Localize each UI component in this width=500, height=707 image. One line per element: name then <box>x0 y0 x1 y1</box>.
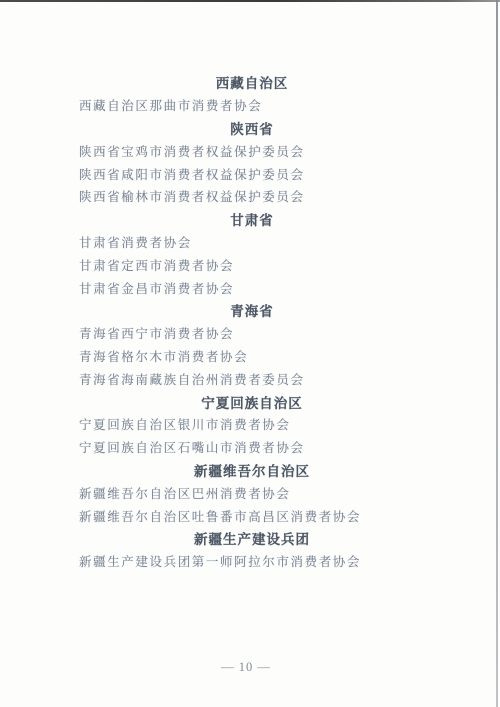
page-number: — 10 — <box>0 660 492 675</box>
association-item: 陕西省咸阳市消费者权益保护委员会 <box>79 165 305 183</box>
association-item: 陕西省宝鸡市消费者权益保护委员会 <box>79 142 305 160</box>
association-item: 青海省西宁市消费者协会 <box>79 324 234 342</box>
association-item: 宁夏回族自治区银川市消费者协会 <box>79 415 291 433</box>
region-section: 甘肃省甘肃省消费者协会甘肃省定西市消费者协会甘肃省金昌市消费者协会 <box>79 208 425 299</box>
association-list: 西藏自治区西藏自治区那曲市消费者协会陕西省陕西省宝鸡市消费者权益保护委员会陕西省… <box>79 71 425 573</box>
region-section: 西藏自治区西藏自治区那曲市消费者协会 <box>79 71 425 117</box>
region-section: 新疆生产建设兵团新疆生产建设兵团第一师阿拉尔市消费者协会 <box>79 527 425 573</box>
association-item: 青海省格尔木市消费者协会 <box>79 347 248 365</box>
association-item-row: 陕西省宝鸡市消费者权益保护委员会 <box>79 139 425 162</box>
region-heading-row: 宁夏回族自治区 <box>79 390 425 413</box>
region-section: 新疆维吾尔自治区新疆维吾尔自治区巴州消费者协会新疆维吾尔自治区吐鲁番市高昌区消费… <box>79 459 425 527</box>
region-heading-row: 新疆维吾尔自治区 <box>79 459 425 482</box>
region-heading: 新疆维吾尔自治区 <box>194 460 310 480</box>
association-item: 甘肃省消费者协会 <box>79 233 192 251</box>
region-heading: 甘肃省 <box>230 209 274 229</box>
association-item: 甘肃省定西市消费者协会 <box>79 256 234 274</box>
region-section: 青海省青海省西宁市消费者协会青海省格尔木市消费者协会青海省海南藏族自治州消费者委… <box>79 299 425 390</box>
association-item: 西藏自治区那曲市消费者协会 <box>79 96 262 114</box>
region-heading-row: 西藏自治区 <box>79 71 425 94</box>
association-item: 青海省海南藏族自治州消费者委员会 <box>79 370 305 388</box>
association-item-row: 宁夏回族自治区银川市消费者协会 <box>79 413 425 436</box>
region-section: 宁夏回族自治区宁夏回族自治区银川市消费者协会宁夏回族自治区石嘴山市消费者协会 <box>79 390 425 458</box>
region-heading: 陕西省 <box>230 118 274 138</box>
association-item-row: 西藏自治区那曲市消费者协会 <box>79 94 425 117</box>
association-item-row: 青海省格尔木市消费者协会 <box>79 345 425 368</box>
association-item-row: 新疆维吾尔自治区吐鲁番市高昌区消费者协会 <box>79 504 425 527</box>
association-item-row: 陕西省榆林市消费者权益保护委员会 <box>79 185 425 208</box>
association-item-row: 宁夏回族自治区石嘴山市消费者协会 <box>79 436 425 459</box>
association-item: 新疆生产建设兵团第一师阿拉尔市消费者协会 <box>79 552 361 570</box>
association-item-row: 甘肃省金昌市消费者协会 <box>79 276 425 299</box>
association-item: 甘肃省金昌市消费者协会 <box>79 279 234 297</box>
association-item-row: 青海省西宁市消费者协会 <box>79 322 425 345</box>
region-heading-row: 甘肃省 <box>79 208 425 231</box>
region-heading: 宁夏回族自治区 <box>201 392 303 412</box>
region-heading: 西藏自治区 <box>216 72 289 92</box>
scan-right-edge <box>496 0 498 707</box>
association-item-row: 新疆生产建设兵团第一师阿拉尔市消费者协会 <box>79 550 425 573</box>
association-item: 新疆维吾尔自治区吐鲁番市高昌区消费者协会 <box>79 507 361 525</box>
scan-top-edge <box>0 0 500 2</box>
association-item-row: 甘肃省消费者协会 <box>79 231 425 254</box>
document-page: 西藏自治区西藏自治区那曲市消费者协会陕西省陕西省宝鸡市消费者权益保护委员会陕西省… <box>0 0 500 707</box>
association-item: 新疆维吾尔自治区巴州消费者协会 <box>79 484 291 502</box>
region-heading: 新疆生产建设兵团 <box>194 528 310 548</box>
association-item: 陕西省榆林市消费者权益保护委员会 <box>79 187 305 205</box>
association-item-row: 陕西省咸阳市消费者权益保护委员会 <box>79 162 425 185</box>
region-section: 陕西省陕西省宝鸡市消费者权益保护委员会陕西省咸阳市消费者权益保护委员会陕西省榆林… <box>79 117 425 208</box>
region-heading-row: 青海省 <box>79 299 425 322</box>
association-item: 宁夏回族自治区石嘴山市消费者协会 <box>79 438 305 456</box>
association-item-row: 甘肃省定西市消费者协会 <box>79 253 425 276</box>
region-heading-row: 新疆生产建设兵团 <box>79 527 425 550</box>
association-item-row: 青海省海南藏族自治州消费者委员会 <box>79 367 425 390</box>
region-heading-row: 陕西省 <box>79 117 425 140</box>
region-heading: 青海省 <box>230 300 274 320</box>
association-item-row: 新疆维吾尔自治区巴州消费者协会 <box>79 481 425 504</box>
